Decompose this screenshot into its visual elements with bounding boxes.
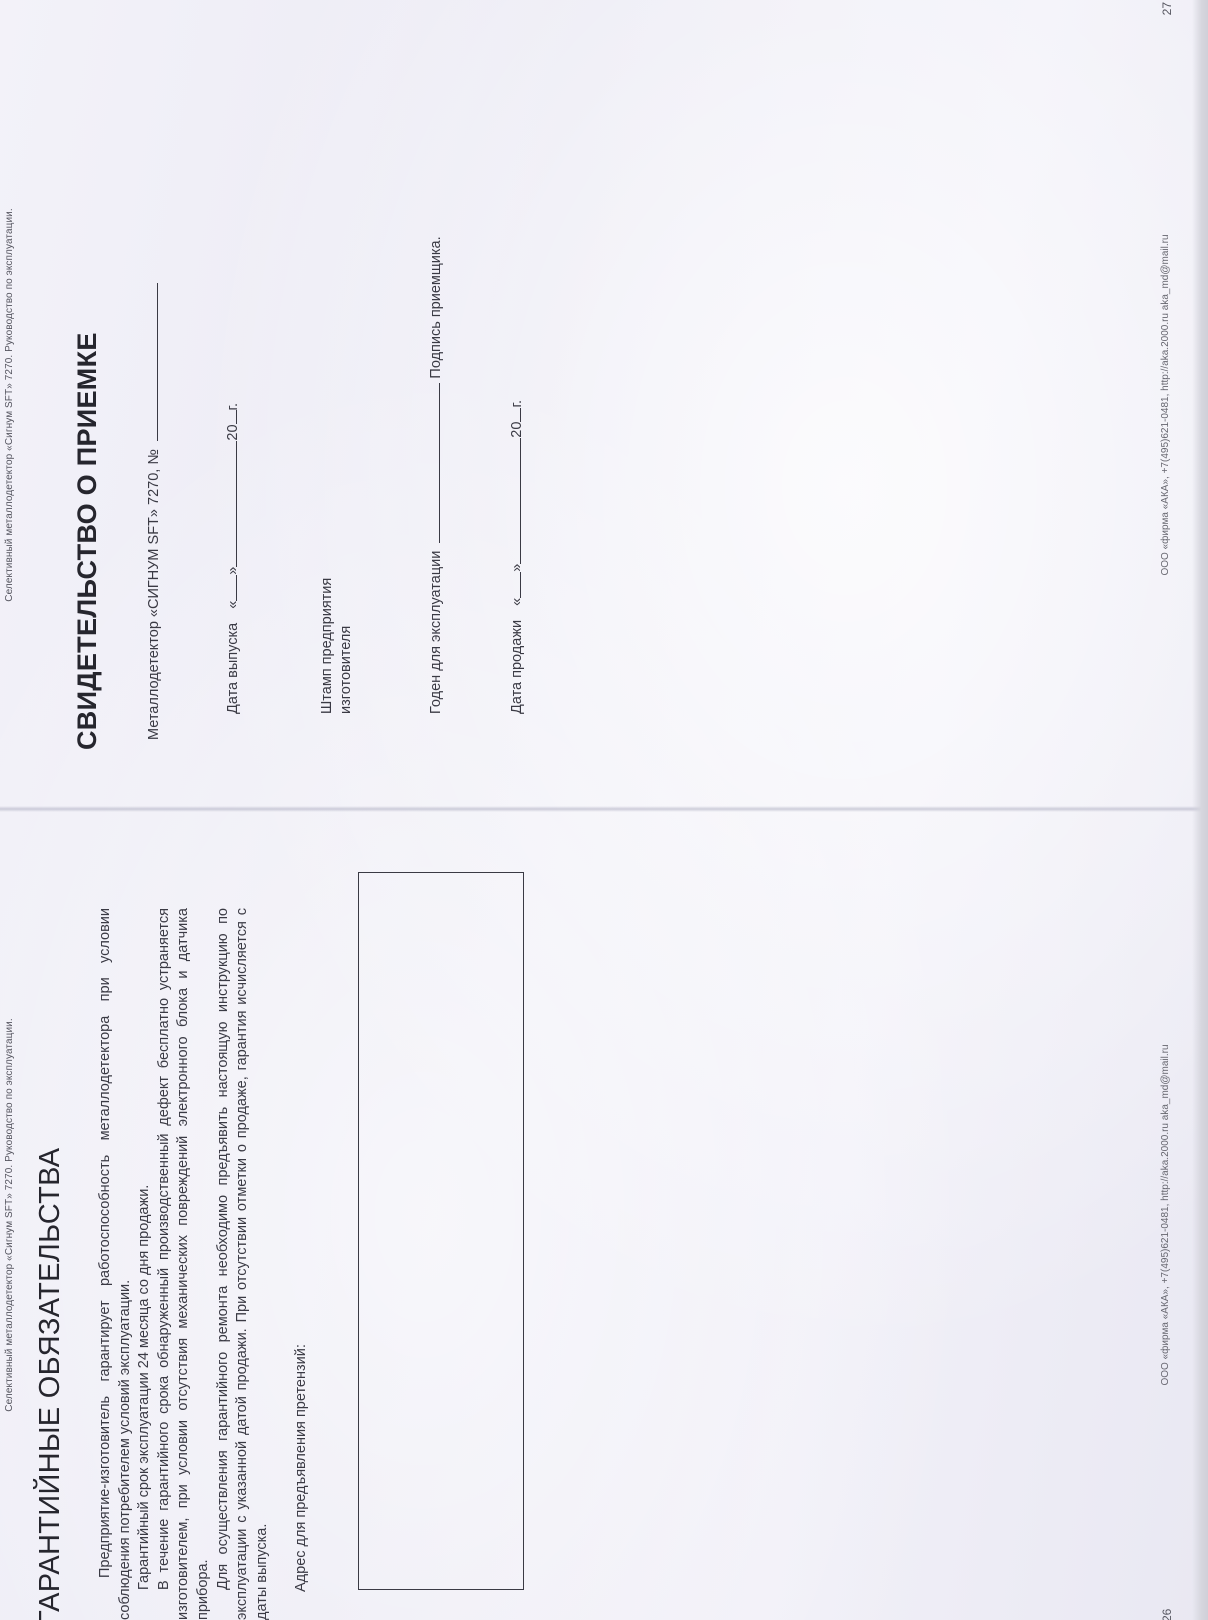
stamp-label-line1: Штамп предприятия <box>318 578 337 714</box>
sale-date-label: Дата продажи <box>509 620 525 714</box>
claims-address-label: Адрес для предъявления претензий: <box>293 1344 309 1592</box>
page-number: 26 <box>1160 1609 1174 1620</box>
sale-date-field: Дата продажи «»20г. <box>506 400 525 714</box>
issue-day-blank[interactable] <box>222 575 237 601</box>
issue-month-blank[interactable] <box>222 441 237 567</box>
warranty-text: Предприятие-изготовитель гарантирует раб… <box>96 908 272 1620</box>
stamp-label-line2: изготовителя <box>337 578 356 714</box>
serial-blank[interactable] <box>143 283 158 441</box>
page-title: ГАРАНТИЙНЫЕ ОБЯЗАТЕЛЬСТВА <box>34 1148 67 1620</box>
fit-label: Годен для эксплуатации <box>428 551 444 714</box>
sale-year-blank[interactable] <box>506 408 521 422</box>
running-header: Селективный металлодетектор «Сигнум SFT»… <box>4 810 15 1620</box>
serial-label: Металлодетектор «СИГНУМ SFT» 7270, № <box>146 449 162 740</box>
manufacturer-stamp-area: Штамп предприятия изготовителя <box>318 578 356 714</box>
year-prefix: 20 <box>225 424 241 440</box>
year-suffix: г. <box>225 403 241 411</box>
page-footer: ООО «фирма «АКА», +7(495)621-0481, http:… <box>1160 810 1171 1620</box>
inspector-signature-blank[interactable] <box>425 383 440 543</box>
sale-day-blank[interactable] <box>506 572 521 598</box>
issue-date-label: Дата выпуска <box>225 623 241 714</box>
paragraph-term: Гарантийный срок эксплуатации 24 месяца … <box>135 908 155 1620</box>
page-26: Селективный металлодетектор «Сигнум SFT»… <box>0 810 1208 1620</box>
running-header: Селективный металлодетектор «Сигнум SFT»… <box>4 0 15 810</box>
paragraph-repair: Для осуществления гарантийного ремонта н… <box>214 908 273 1620</box>
year-prefix: 20 <box>509 422 525 438</box>
quote-close: » <box>509 564 525 572</box>
year-suffix: г. <box>509 400 525 408</box>
paragraph-defects: В течение гарантийного срока обнаруженны… <box>155 908 214 1620</box>
signature-label: Подпись приемщика. <box>428 236 444 378</box>
page-27: Селективный металлодетектор «Сигнум SFT»… <box>0 0 1208 810</box>
paragraph-guarantee: Предприятие-изготовитель гарантирует раб… <box>96 908 135 1620</box>
page-footer: ООО «фирма «АКА», +7(495)621-0481, http:… <box>1160 0 1171 810</box>
sale-month-blank[interactable] <box>506 438 521 564</box>
quote-open: « <box>225 601 241 609</box>
quote-open: « <box>509 598 525 606</box>
page-number: 27 <box>1160 2 1174 15</box>
claims-address-box[interactable] <box>358 872 524 1590</box>
quote-close: » <box>225 567 241 575</box>
issue-year-blank[interactable] <box>222 410 237 424</box>
issue-date-field: Дата выпуска «»20г. <box>222 403 241 714</box>
page-title: СВИДЕТЕЛЬСТВО О ПРИЕМКЕ <box>72 332 103 750</box>
serial-number-field: Металлодетектор «СИГНУМ SFT» 7270, № <box>143 283 162 740</box>
fit-for-use-field: Годен для эксплуатации Подпись приемщика… <box>425 236 444 714</box>
